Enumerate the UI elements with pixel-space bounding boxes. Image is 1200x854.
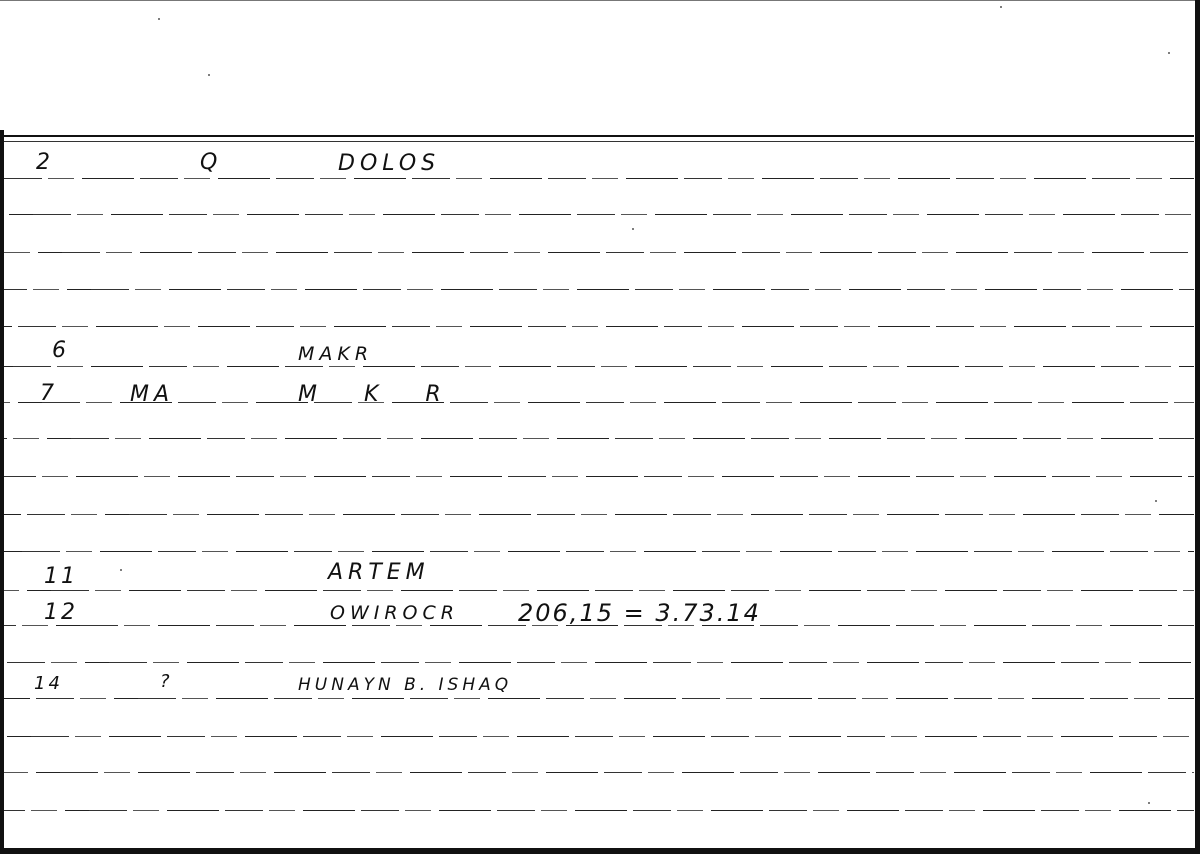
ruled-line (4, 590, 1194, 591)
entry-line-number: 11 (44, 566, 78, 588)
entry-line-number: 7 (40, 383, 57, 405)
ruled-line (4, 289, 1194, 290)
card-bottom-edge (0, 848, 1200, 854)
index-card: 2 Q DOLOS 6 MAKR 7 MA M K R 11 ARTEM 12 … (0, 0, 1200, 854)
entry-text: HUNAYN B. ISHAQ (298, 677, 512, 694)
ruled-line (4, 366, 1194, 367)
ruled-line (4, 178, 1194, 179)
scan-speck (632, 228, 634, 230)
scan-speck (1000, 6, 1002, 8)
entry-line-number: 2 (36, 152, 53, 174)
ruled-line (4, 402, 1194, 403)
scan-speck (1168, 52, 1170, 54)
scan-speck (1155, 500, 1157, 502)
entry-column-mark: MA (130, 384, 174, 406)
entry-line-number: 12 (44, 602, 78, 624)
ruled-line (4, 438, 1194, 439)
entry-line-number: 6 (52, 340, 69, 362)
ruled-line (4, 476, 1194, 477)
ruled-line (4, 514, 1194, 515)
entry-column-mark: Q (200, 152, 220, 174)
scan-speck (120, 569, 122, 571)
entry-text: OWIROCR (330, 604, 459, 623)
ruled-line (4, 214, 1194, 215)
ruled-line (4, 736, 1194, 737)
entry-text: MAKR (298, 345, 373, 364)
ruled-line (4, 551, 1194, 552)
entry-line-number: 14 (34, 675, 63, 693)
entry-text: DOLOS (338, 153, 440, 175)
scan-speck (208, 74, 210, 76)
ruled-line (4, 662, 1194, 663)
ruled-line (4, 772, 1194, 773)
header-double-rule-bottom (4, 141, 1194, 142)
scan-speck (158, 18, 160, 20)
scan-speck (1148, 802, 1150, 804)
ruled-line (4, 698, 1194, 699)
entry-column-mark: ? (160, 673, 173, 691)
ruled-line (4, 326, 1194, 327)
card-top-edge (0, 0, 1200, 1)
entry-text: ARTEM (328, 562, 430, 584)
card-left-edge (0, 130, 4, 854)
entry-reference: 206,15 = 3.73.14 (518, 601, 761, 625)
ruled-line (4, 252, 1194, 253)
header-double-rule-top (4, 135, 1194, 137)
card-right-edge (1195, 0, 1200, 854)
ruled-line (4, 810, 1194, 811)
entry-text: M K R (298, 384, 461, 406)
